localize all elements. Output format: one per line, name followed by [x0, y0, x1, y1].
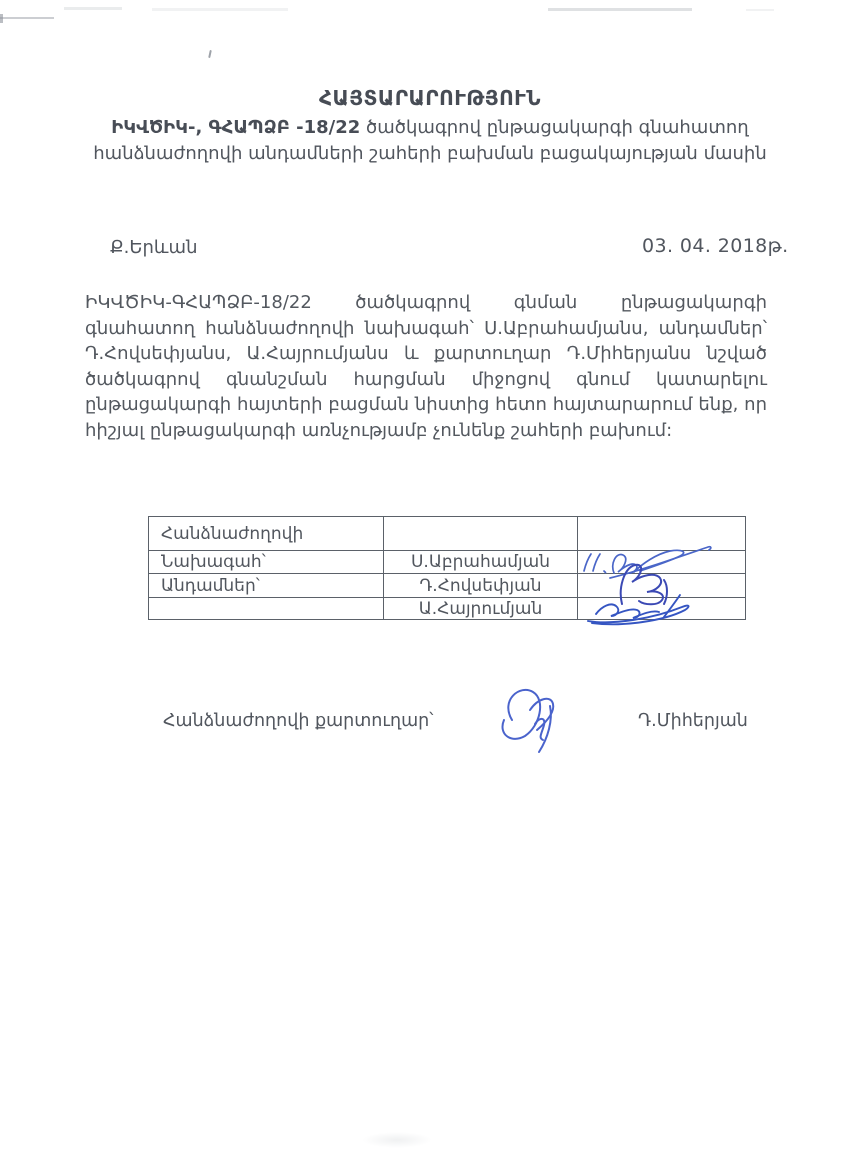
subtitle-line2-text: հանձնաժողովի անդամների շահերի բախման բաց… [93, 143, 766, 164]
signature-miheryan [478, 678, 582, 762]
scan-artifact-top-left-dash [0, 17, 54, 19]
procurement-code: ԻԿՎԾԻԿ-, ԳՀԱՊՁԲ -18/22 [111, 117, 360, 138]
table-cell-role: Հանձնաժողովի [149, 517, 384, 551]
title-block: ՀԱՅՏԱՐԱՐՈՒԹՅՈՒՆ ԻԿՎԾԻԿ-, ԳՀԱՊՁԲ -18/22 ծ… [20, 86, 840, 167]
table-cell-signature [578, 517, 746, 551]
secretary-label: Հանձնաժողովի քարտուղար՝ [163, 711, 433, 731]
place-label: Ք.Երևան [110, 237, 197, 258]
table-cell-name: Ա.Հայրումյան [384, 598, 578, 620]
table-cell-name: Ս.Աբրահամյան [384, 551, 578, 574]
scan-artifact-top-streak-1 [64, 7, 122, 10]
scanned-document-page: ՀԱՅՏԱՐԱՐՈՒԹՅՈՒՆ ԻԿՎԾԻԿ-, ԳՀԱՊՁԲ -18/22 ծ… [0, 0, 850, 1169]
document-title: ՀԱՅՏԱՐԱՐՈՒԹՅՈՒՆ [20, 86, 840, 110]
table-cell-role [149, 598, 384, 620]
table-row: Հանձնաժողովի [149, 517, 746, 551]
secretary-name: Դ.Միհերյան [638, 711, 748, 731]
table-cell-name [384, 517, 578, 551]
scan-artifact-tick [208, 50, 212, 58]
table-cell-signature [578, 574, 746, 598]
scan-artifact-top-left-nub [0, 14, 3, 23]
document-subtitle: ԻԿՎԾԻԿ-, ԳՀԱՊՁԲ -18/22 ծածկագրով ընթացակ… [20, 115, 840, 167]
scan-artifact-top-streak-4 [746, 9, 774, 11]
signature-table: Հանձնաժողովի Նախագահ՝ Ս.Աբրահամյան Անդամ… [148, 516, 746, 620]
scan-artifact-bottom-smudge [362, 1132, 432, 1148]
table-cell-signature [578, 551, 746, 574]
table-cell-name: Դ.Հովսեփյան [384, 574, 578, 598]
date-label: 03. 04. 2018թ. [642, 235, 789, 257]
table-row: Ա.Հայրումյան [149, 598, 746, 620]
table-row: Անդամներ՝ Դ.Հովսեփյան [149, 574, 746, 598]
declaration-paragraph: ԻԿՎԾԻԿ-ԳՀԱՊՁԲ-18/22 ծածկագրով գնման ընթա… [85, 290, 767, 443]
scan-artifact-top-streak-3 [548, 8, 692, 11]
table-cell-role: Անդամներ՝ [149, 574, 384, 598]
table-row: Նախագահ՝ Ս.Աբրահամյան [149, 551, 746, 574]
subtitle-line1-text: ծածկագրով ընթացակարգի գնահատող [366, 117, 749, 138]
table-cell-role: Նախագահ՝ [149, 551, 384, 574]
scan-artifact-top-streak-2 [152, 8, 288, 11]
table-cell-signature [578, 598, 746, 620]
